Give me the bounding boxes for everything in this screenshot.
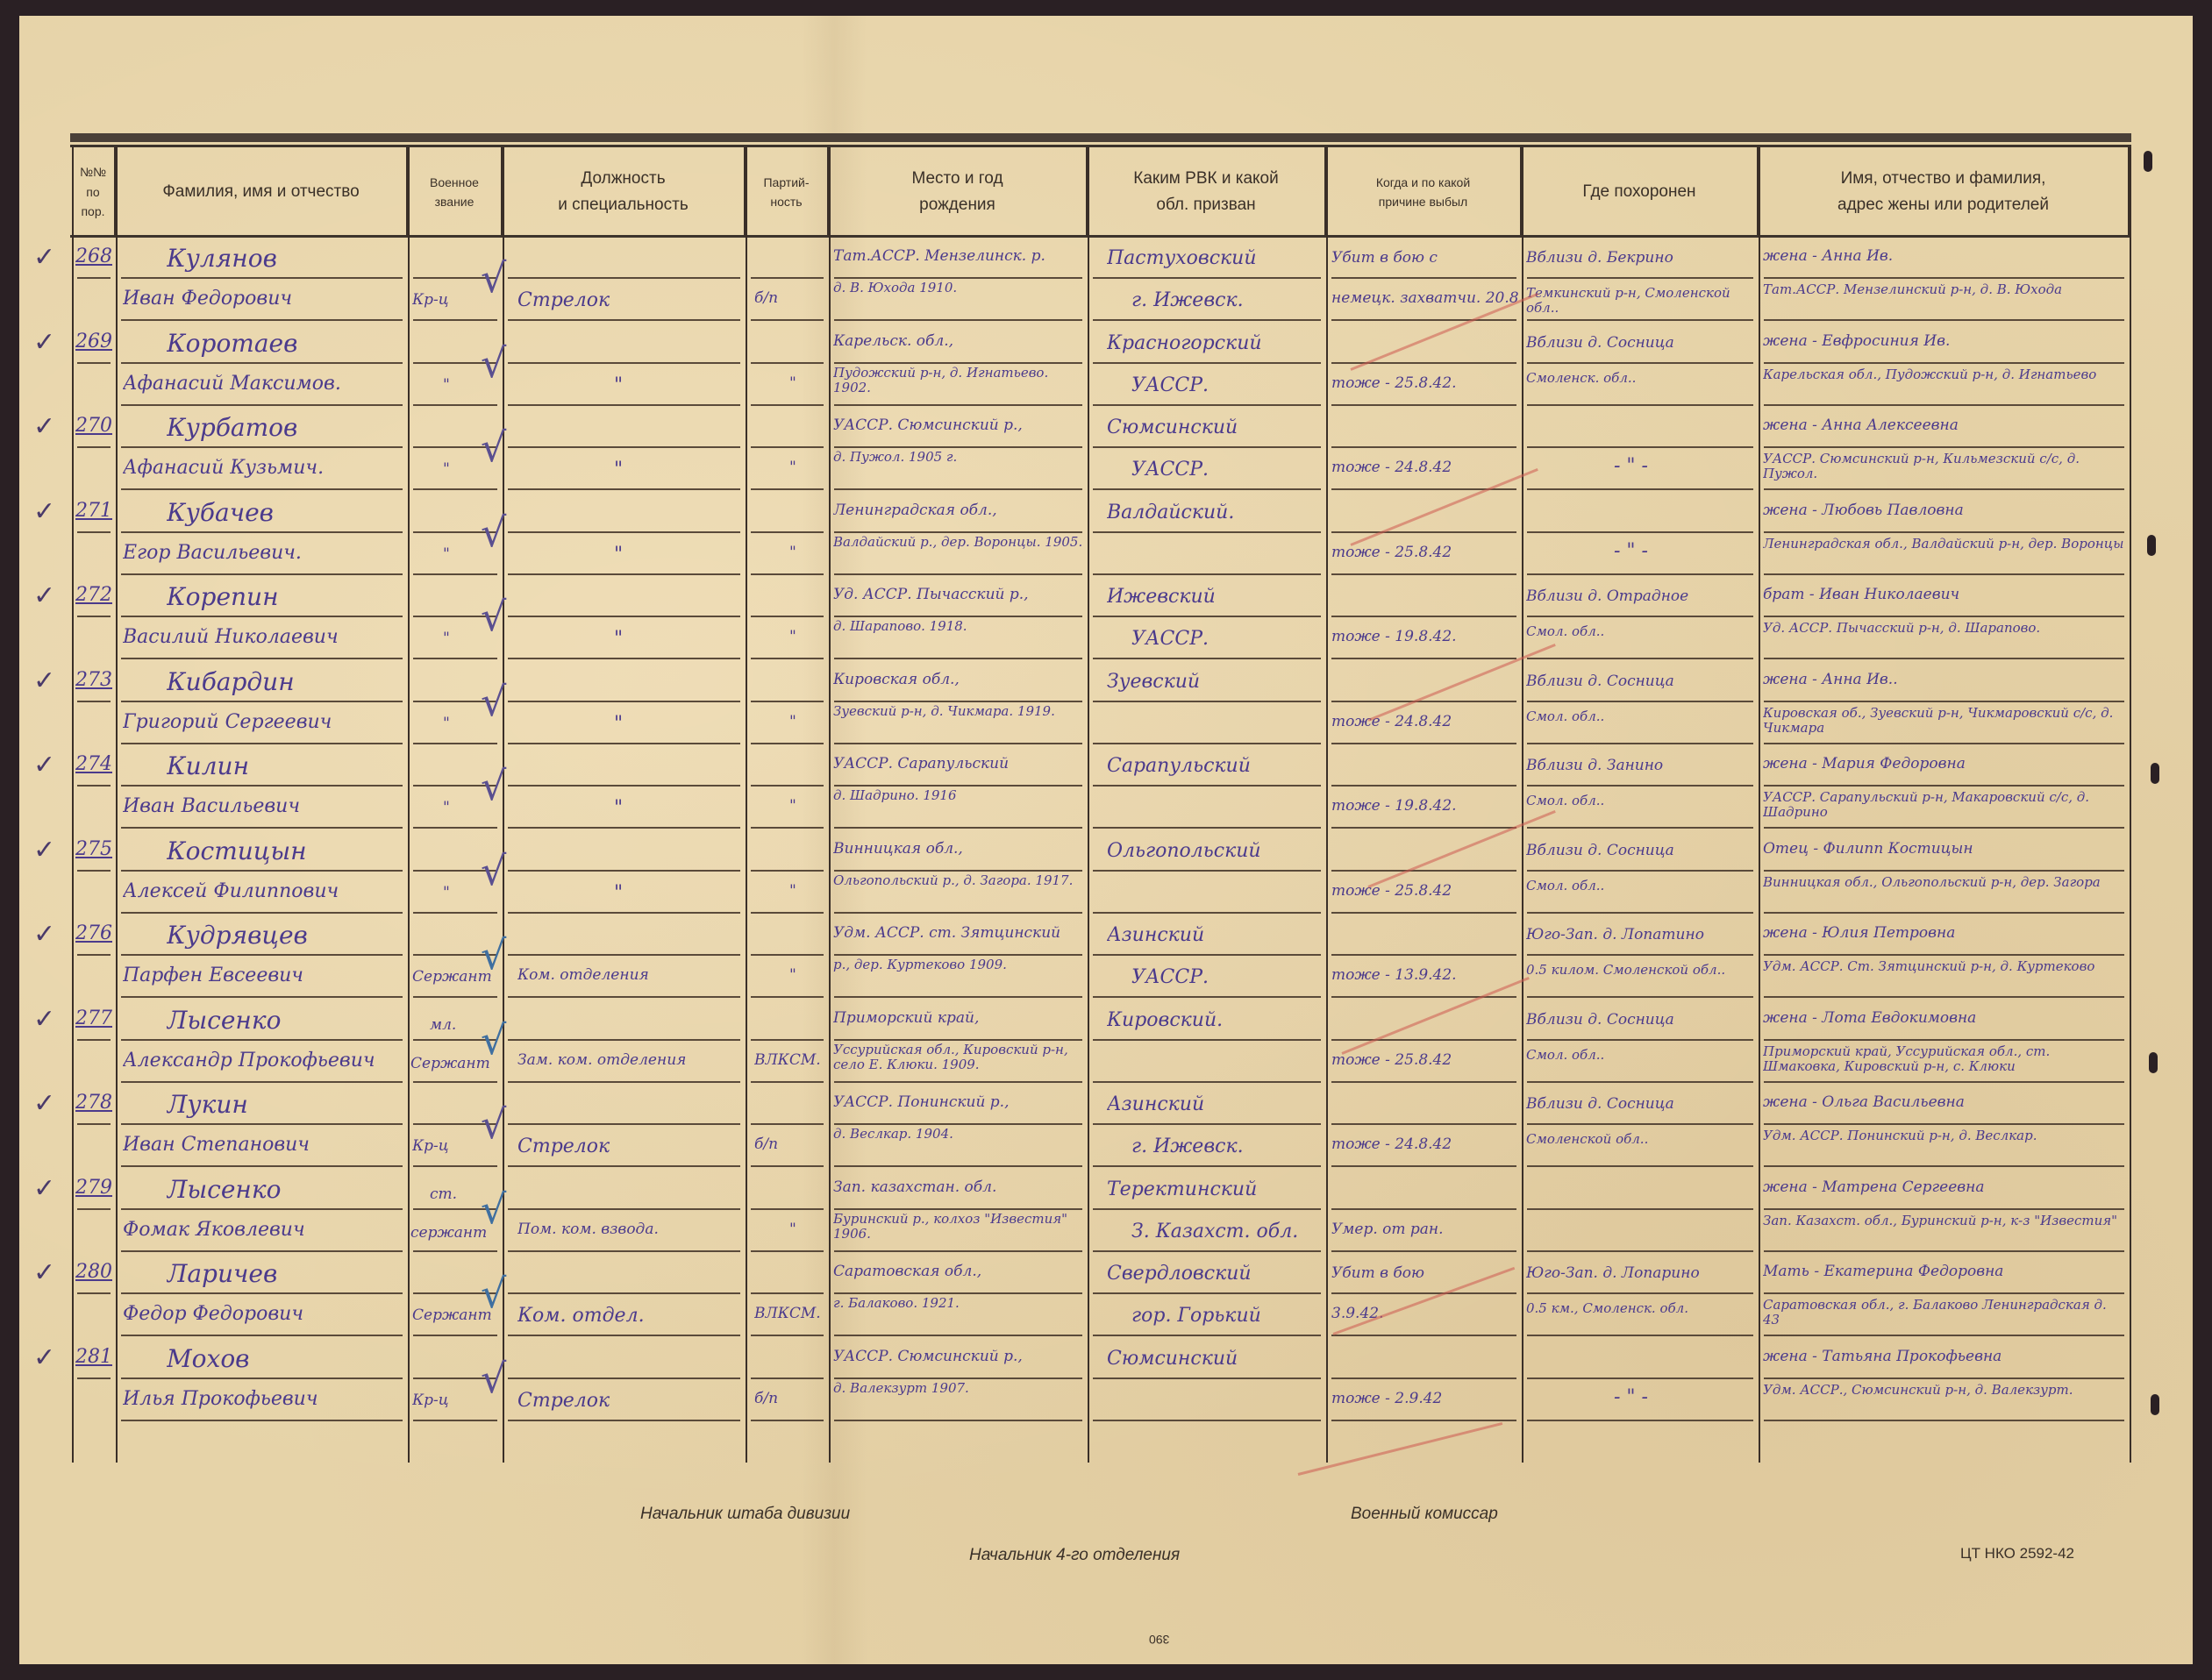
given-name-patronymic: Алексей Филиппович [123, 880, 403, 902]
entry-underline [751, 319, 824, 321]
entry-underline [77, 1039, 111, 1041]
entry-underline [1764, 743, 2124, 744]
form-code: ЦТ НКО 2592-42 [1960, 1545, 2074, 1563]
given-name-patronymic: Иван Степанович [123, 1134, 403, 1156]
entry-underline [121, 446, 403, 448]
surname: Лысенко [167, 1175, 395, 1204]
entry-underline [1527, 785, 1753, 787]
burial-place: Вблизи д. Бекрино [1526, 249, 1756, 267]
position: Стрелок [517, 289, 741, 311]
entry-underline [751, 1165, 824, 1167]
entry-underline [1093, 531, 1321, 533]
entry-underline [1331, 1123, 1516, 1125]
birthplace-line2: д. Шадрино. 1916 [833, 788, 1086, 803]
entry-underline [1331, 573, 1516, 575]
entry-underline [508, 743, 740, 744]
entry-underline [834, 573, 1082, 575]
entry-underline [1331, 319, 1516, 321]
entry-underline [1527, 531, 1753, 533]
entry-underline [121, 616, 403, 617]
next-of-kin-address: Саратовская обл., г. Балаково Ленинградс… [1763, 1298, 2126, 1328]
entry-underline [77, 277, 111, 279]
entry-underline [1331, 1039, 1516, 1041]
entry-underline [834, 319, 1082, 321]
loss-date: тоже - 25.8.42 [1331, 544, 1519, 561]
entry-underline [508, 1292, 740, 1294]
record-number: 278 [75, 1092, 114, 1114]
column-header-buried: Где похоронен [1522, 147, 1759, 237]
draft-office: Сюмсинский [1107, 416, 1323, 438]
entry-underline [1764, 362, 2124, 364]
entry-underline [1764, 1335, 2124, 1336]
entry-underline [1764, 446, 2124, 448]
entry-underline [121, 531, 403, 533]
entry-underline [834, 658, 1082, 659]
draft-region: УАССР. [1131, 374, 1323, 396]
next-of-kin: жена - Юлия Петровна [1763, 924, 2126, 942]
margin-tick-icon: ✓ [33, 1342, 55, 1373]
table-row: 277ЛысенкоАлександр Прокофьевичмл.Сержан… [0, 1000, 2212, 1085]
next-of-kin-address: Тат.АССР. Мензелинский р-н, д. В. Юходa [1763, 282, 2126, 297]
entry-underline [751, 362, 824, 364]
loss-date: Умер. от ран. [1331, 1221, 1519, 1238]
draft-region: УАССР. [1131, 628, 1323, 650]
entry-underline [1093, 785, 1321, 787]
entry-underline [1331, 1250, 1516, 1252]
table-row: 271КубачевЕгор Васильевич."""Ленинградск… [0, 493, 2212, 577]
entry-underline [121, 743, 403, 744]
entry-underline [77, 1292, 111, 1294]
entry-underline [1093, 1123, 1321, 1125]
column-header-relatives: Имя, отчество и фамилия,адрес жены или р… [1759, 147, 2130, 237]
entry-underline [121, 1039, 403, 1041]
entry-underline [751, 488, 824, 490]
surname: Мохов [167, 1344, 395, 1373]
party-membership: ВЛКСМ. [754, 1305, 826, 1322]
entry-underline [413, 404, 497, 406]
birthplace-line1: Саратовская обл., [833, 1263, 1086, 1280]
birthplace-line2: г. Балаково. 1921. [833, 1296, 1086, 1311]
birthplace-line1: Винницкая обл., [833, 840, 1086, 858]
surname: Килин [167, 751, 395, 780]
entry-underline [834, 1208, 1082, 1210]
entry-underline [508, 573, 740, 575]
entry-underline [1764, 616, 2124, 617]
checkmark-icon: √ [481, 762, 506, 809]
next-of-kin-address: Приморский край, Уссурийская обл., ст. Ш… [1763, 1044, 2126, 1074]
draft-office: Кировский. [1107, 1009, 1323, 1031]
entry-underline [834, 1123, 1082, 1125]
signature-chief-of-staff: Начальник штаба дивизии [640, 1505, 850, 1524]
next-of-kin: жена - Любовь Павловна [1763, 502, 2126, 519]
entry-underline [1331, 1165, 1516, 1167]
loss-reason: Убит в бою с [1331, 249, 1519, 267]
entry-underline [1093, 277, 1321, 279]
given-name-patronymic: Егор Васильевич. [123, 542, 403, 564]
margin-tick-icon: ✓ [33, 1257, 55, 1288]
birthplace-line2: Уссурийская обл., Кировский р-н, село Е.… [833, 1043, 1086, 1072]
entry-underline [1093, 488, 1321, 490]
burial-region: Смол. обл.. [1526, 624, 1756, 639]
birthplace-line1: Уд. АССР. Пычасский р., [833, 586, 1086, 603]
entry-underline [1764, 1123, 2124, 1125]
signature-commissar: Военный комиссар [1351, 1505, 1498, 1524]
draft-region: УАССР. [1131, 966, 1323, 988]
entry-underline [834, 1165, 1082, 1167]
position: Стрелок [517, 1390, 741, 1412]
birthplace-line1: Зап. казахстан. обл. [833, 1178, 1086, 1196]
party-membership: б/п [754, 1390, 826, 1407]
entry-underline [1527, 362, 1753, 364]
entry-underline [751, 1250, 824, 1252]
birthplace-line2: д. Веслкар. 1904. [833, 1127, 1086, 1142]
entry-underline [508, 446, 740, 448]
entry-underline [834, 743, 1082, 744]
entry-underline [834, 277, 1082, 279]
entry-underline [1093, 362, 1321, 364]
entry-underline [121, 319, 403, 321]
draft-region: г. Ижевск. [1131, 289, 1323, 311]
entry-underline [751, 1123, 824, 1125]
draft-office: Свердловский [1107, 1263, 1323, 1285]
entry-underline [834, 870, 1082, 872]
draft-office: Сюмсинский [1107, 1348, 1323, 1370]
loss-date: тоже - 19.8.42. [1331, 797, 1519, 815]
entry-underline [1764, 954, 2124, 956]
entry-underline [121, 1123, 403, 1125]
draft-office: Азинский [1107, 1093, 1323, 1115]
loss-date: тоже - 2.9.42 [1331, 1390, 1519, 1407]
entry-underline [1331, 404, 1516, 406]
loss-date: тоже - 25.8.42. [1331, 374, 1519, 392]
entry-underline [1527, 912, 1753, 914]
record-number: 277 [75, 1007, 114, 1029]
entry-underline [508, 1250, 740, 1252]
entry-underline [834, 446, 1082, 448]
next-of-kin: жена - Анна Алексеевна [1763, 416, 2126, 434]
entry-underline [834, 1377, 1082, 1379]
entry-underline [1764, 573, 2124, 575]
burial-place: Юго-Зап. д. Лопарино [1526, 1264, 1756, 1282]
birthplace-line2: д. Шарапово. 1918. [833, 619, 1086, 634]
margin-tick-icon: ✓ [33, 750, 55, 780]
entry-underline [1331, 1377, 1516, 1379]
entry-underline [1527, 488, 1753, 490]
entry-underline [508, 531, 740, 533]
entry-underline [1764, 319, 2124, 321]
entry-underline [1331, 954, 1516, 956]
entry-underline [121, 1420, 403, 1421]
loss-date: 3.9.42. [1331, 1305, 1519, 1322]
next-of-kin: жена - Лота Евдокимовна [1763, 1009, 2126, 1027]
surname: Кубачев [167, 498, 395, 527]
position: Пом. ком. взвода. [517, 1221, 741, 1238]
entry-underline [508, 1208, 740, 1210]
given-name-patronymic: Илья Прокофьевич [123, 1388, 403, 1410]
given-name-patronymic: Александр Прокофьевич [123, 1050, 403, 1071]
entry-underline [1331, 658, 1516, 659]
given-name-patronymic: Василий Николаевич [123, 626, 403, 648]
birthplace-line2: Буринский р., колхоз "Известия" 1906. [833, 1212, 1086, 1242]
checkmark-icon: √ [481, 1016, 506, 1064]
entry-underline [77, 785, 111, 787]
birthplace-line1: Тат.АССР. Мензелинск. р. [833, 247, 1086, 265]
given-name-patronymic: Григорий Сергеевич [123, 711, 403, 733]
draft-office: Зуевский [1107, 671, 1323, 693]
entry-underline [751, 531, 824, 533]
entry-underline [413, 1081, 497, 1083]
birthplace-line2: Валдайский р., дер. Воронцы. 1905. [833, 535, 1086, 550]
entry-underline [1093, 912, 1321, 914]
entry-underline [121, 362, 403, 364]
entry-underline [1527, 277, 1753, 279]
burial-region: 0.5 килом. Смоленской обл.. [1526, 963, 1756, 978]
entry-underline [1764, 1377, 2124, 1379]
record-number: 273 [75, 669, 114, 691]
draft-office: Сарапульский [1107, 755, 1323, 777]
next-of-kin-address: Уд. АССР. Пычасский р-н, д. Шарапово. [1763, 621, 2126, 636]
entry-underline [1764, 1250, 2124, 1252]
margin-tick-icon: ✓ [33, 242, 55, 273]
record-number: 276 [75, 922, 114, 944]
table-row: 275КостицынАлексей Филиппович"""Винницка… [0, 831, 2212, 915]
entry-underline [413, 1165, 497, 1167]
next-of-kin: жена - Татьяна Прокофьевна [1763, 1348, 2126, 1365]
entry-underline [77, 1208, 111, 1210]
margin-tick-icon: ✓ [33, 835, 55, 865]
next-of-kin: жена - Евфросиния Ив. [1763, 332, 2126, 350]
surname: Ларичев [167, 1259, 395, 1288]
record-number: 271 [75, 500, 114, 522]
header-rule [70, 133, 2131, 144]
entry-underline [1527, 996, 1753, 998]
checkmark-icon: √ [481, 1100, 506, 1148]
entry-underline [751, 743, 824, 744]
column-header-rvk: Каким РВК и какойобл. призван [1088, 147, 1326, 237]
margin-tick-icon: ✓ [33, 580, 55, 611]
checkmark-icon: √ [481, 678, 506, 725]
binding-hole [2151, 1394, 2159, 1415]
birthplace-line2: Пудожский р-н, д. Игнатьево. 1902. [833, 366, 1086, 395]
entry-underline [1527, 616, 1753, 617]
burial-region: Смоленск. обл.. [1526, 371, 1756, 386]
next-of-kin-address: УАССР. Сюмсинский р-н, Кильмезский с/с, … [1763, 452, 2126, 481]
entry-underline [121, 912, 403, 914]
surname: Лукин [167, 1090, 395, 1119]
entry-underline [121, 1335, 403, 1336]
entry-underline [1331, 1292, 1516, 1294]
checkmark-icon: √ [481, 254, 506, 302]
loss-date: тоже - 13.9.42. [1331, 966, 1519, 984]
entry-underline [834, 1081, 1082, 1083]
entry-underline [751, 1292, 824, 1294]
entry-underline [834, 1250, 1082, 1252]
entry-underline [121, 785, 403, 787]
burial-place: Юго-Зап. д. Лопатино [1526, 926, 1756, 943]
entry-underline [1093, 1039, 1321, 1041]
entry-underline [1331, 827, 1516, 829]
entry-underline [121, 701, 403, 702]
entry-underline [121, 573, 403, 575]
entry-underline [751, 912, 824, 914]
entry-underline [834, 1420, 1082, 1421]
entry-underline [834, 362, 1082, 364]
entry-underline [1527, 1377, 1753, 1379]
record-number: 272 [75, 584, 114, 606]
table-row: 279ЛысенкоФомак Яковлевичст.сержантПом. … [0, 1170, 2212, 1254]
burial-place: Вблизи д. Сосница [1526, 842, 1756, 859]
table-row: 273КибардинГригорий Сергеевич"""Кировска… [0, 662, 2212, 746]
entry-underline [1527, 446, 1753, 448]
birthplace-line1: УАССР. Сюмсинский р., [833, 1348, 1086, 1365]
entry-underline [1093, 1377, 1321, 1379]
entry-underline [751, 404, 824, 406]
given-name-patronymic: Федор Федорович [123, 1303, 403, 1325]
entry-underline [77, 616, 111, 617]
entry-underline [508, 404, 740, 406]
entry-underline [121, 1208, 403, 1210]
table-row: 270КурбатовАфанасий Кузьмич."""УАССР. Сю… [0, 408, 2212, 492]
entry-underline [1764, 996, 2124, 998]
column-header-rank: Военноезвание [408, 147, 503, 237]
entry-underline [413, 319, 497, 321]
entry-underline [413, 827, 497, 829]
entry-underline [508, 1377, 740, 1379]
entry-underline [1527, 319, 1753, 321]
surname: Кудрявцев [167, 921, 395, 950]
entry-underline [1331, 785, 1516, 787]
burial-region: Смол. обл.. [1526, 879, 1756, 893]
entry-underline [1093, 573, 1321, 575]
entry-underline [834, 531, 1082, 533]
entry-underline [121, 1292, 403, 1294]
next-of-kin: Отец - Филипп Костицын [1763, 840, 2126, 858]
burial-region: Смол. обл.. [1526, 709, 1756, 724]
next-of-kin: жена - Анна Ив. [1763, 247, 2126, 265]
entry-underline [1331, 743, 1516, 744]
entry-underline [1527, 658, 1753, 659]
birthplace-line2: д. В. Юходa 1910. [833, 281, 1086, 295]
entry-underline [508, 488, 740, 490]
given-name-patronymic: Иван Васильевич [123, 795, 403, 817]
margin-tick-icon: ✓ [33, 1088, 55, 1119]
entry-underline [1764, 785, 2124, 787]
entry-underline [751, 573, 824, 575]
entry-underline [751, 277, 824, 279]
entry-underline [413, 1420, 497, 1421]
entry-underline [1764, 531, 2124, 533]
entry-underline [1093, 954, 1321, 956]
entry-underline [1764, 488, 2124, 490]
draft-office: Азинский [1107, 924, 1323, 946]
entry-underline [834, 1335, 1082, 1336]
entry-underline [1527, 870, 1753, 872]
loss-reason: Убит в бою [1331, 1264, 1519, 1282]
entry-underline [508, 912, 740, 914]
entry-underline [1764, 1165, 2124, 1167]
position: Стрелок [517, 1135, 741, 1157]
entry-underline [77, 870, 111, 872]
loss-date: тоже - 25.8.42 [1331, 1051, 1519, 1069]
birthplace-line1: Приморский край, [833, 1009, 1086, 1027]
entry-underline [508, 785, 740, 787]
entry-underline [1527, 954, 1753, 956]
entry-underline [751, 1081, 824, 1083]
entry-underline [1764, 1420, 2124, 1421]
entry-underline [834, 827, 1082, 829]
binding-hole [2149, 1052, 2158, 1073]
entry-underline [1527, 701, 1753, 702]
entry-underline [834, 701, 1082, 702]
burial-place: Вблизи д. Сосница [1526, 1095, 1756, 1113]
next-of-kin-address: Удм. АССР., Сюмсинский р-н, д. Валекзурт… [1763, 1383, 2126, 1398]
entry-underline [121, 1081, 403, 1083]
entry-underline [1527, 1081, 1753, 1083]
entry-underline [1527, 827, 1753, 829]
entry-underline [1093, 1208, 1321, 1210]
entry-underline [121, 277, 403, 279]
draft-office: Теректинский [1107, 1178, 1323, 1200]
table-row: 274КилинИван Васильевич"""УАССР. Сарапул… [0, 746, 2212, 830]
birthplace-line1: Карельск. обл., [833, 332, 1086, 350]
entry-underline [1093, 616, 1321, 617]
surname: Лысенко [167, 1006, 395, 1035]
record-number: 280 [75, 1261, 114, 1283]
entry-underline [834, 954, 1082, 956]
entry-underline [1331, 912, 1516, 914]
record-number: 270 [75, 415, 114, 437]
entry-underline [751, 1039, 824, 1041]
entry-underline [1527, 1039, 1753, 1041]
entry-underline [1093, 319, 1321, 321]
column-header-position: Должностьи специальность [503, 147, 746, 237]
loss-date: тоже - 24.8.42 [1331, 459, 1519, 476]
entry-underline [834, 404, 1082, 406]
burial-region: Смоленской обл.. [1526, 1132, 1756, 1147]
entry-underline [508, 1039, 740, 1041]
birthplace-line1: Кировская обл., [833, 671, 1086, 688]
surname: Костицын [167, 836, 395, 865]
entry-underline [508, 658, 740, 659]
entry-underline [508, 616, 740, 617]
entry-underline [751, 701, 824, 702]
entry-underline [1527, 573, 1753, 575]
burial-place: Вблизи д. Занино [1526, 757, 1756, 774]
draft-office: Красногорский [1107, 332, 1323, 354]
birthplace-line2: д. Пужол. 1905 г. [833, 450, 1086, 465]
entry-underline [413, 996, 497, 998]
entry-underline [1331, 870, 1516, 872]
record-number: 279 [75, 1177, 114, 1199]
checkmark-icon: √ [481, 931, 506, 979]
column-header-birth: Место и годрождения [829, 147, 1088, 237]
entry-underline [751, 954, 824, 956]
entry-underline [1093, 701, 1321, 702]
entry-underline [121, 996, 403, 998]
entry-underline [121, 1250, 403, 1252]
margin-tick-icon: ✓ [33, 666, 55, 696]
loss-date: тоже - 25.8.42 [1331, 882, 1519, 900]
column-header-party: Партий-ность [746, 147, 829, 237]
entry-underline [1764, 277, 2124, 279]
entry-underline [751, 996, 824, 998]
binding-hole [2151, 763, 2159, 784]
entry-underline [1764, 1081, 2124, 1083]
entry-underline [121, 658, 403, 659]
entry-underline [413, 912, 497, 914]
surname: Кибардин [167, 667, 395, 696]
entry-underline [834, 785, 1082, 787]
